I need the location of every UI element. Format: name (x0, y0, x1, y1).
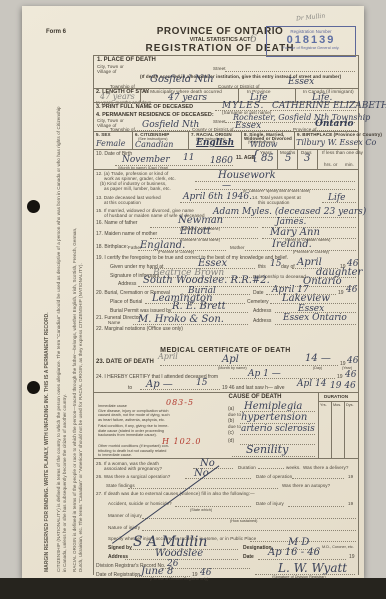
last-worked-label2: at this occupation (104, 200, 141, 205)
cause-d-label: (d) (228, 438, 234, 444)
township-value: Gosfield Nth (150, 74, 214, 85)
pencil-tally-mark: 6 (250, 32, 257, 45)
designation-note: M.D., Coroner, etc. (322, 545, 354, 549)
duration-title: DURATION (324, 394, 348, 399)
informant-address-label: Address (118, 281, 136, 287)
father-label: 16. Name of father (96, 220, 137, 226)
duration-dys: Dys. (346, 403, 354, 407)
autopsy-label: Was there an autopsy? (282, 483, 330, 488)
place-of-burial-label: Place of Burial (110, 299, 142, 305)
birthplace-label: 9. BIRTHPLACE (Province or Country) (297, 132, 382, 137)
funeral-director-name-label: Name (108, 320, 120, 325)
age-months-value: 5 (285, 153, 291, 164)
duration-mos: Mos. (333, 403, 341, 407)
year-19: 19 (338, 290, 344, 296)
occupation-caption: (If "Labourer" specify kind of work done… (243, 189, 310, 193)
sig-date-label: Date (243, 554, 254, 560)
marginal-notations-label: 22. Marginal notations (Office use only) (96, 326, 183, 332)
registration-number-box: Registration Number 018139 For use of Re… (266, 26, 356, 57)
how-sustained-caption: (How sustained) (230, 519, 257, 523)
duration-label: Duration (238, 465, 256, 470)
racial-origin-value: English (196, 138, 234, 148)
last-saw-date: Apl 14 (297, 379, 326, 389)
cause-c-label: (c) (228, 430, 234, 436)
due-to-2: due to (228, 424, 241, 429)
weeks-label: weeks. (286, 465, 301, 470)
last-saw-label: 19 46 and last saw h— alive (222, 385, 285, 391)
rule (93, 55, 94, 575)
age-min-label: min. (345, 162, 354, 167)
manner-label: Manner of injury (108, 513, 142, 518)
registration-number-note: For use of Registrar General only. (267, 46, 355, 50)
birthplace-parents-label: 18. Birthplace: (96, 244, 128, 250)
mother-label: 17. Maiden name of mother (96, 231, 157, 237)
attended-from-year: 46 (345, 370, 356, 380)
state-which-caption: (State which) (190, 508, 212, 512)
scan-bottom-band (0, 578, 386, 599)
age-days-value: 3 (304, 153, 310, 164)
age-less-label: If less than one day (322, 150, 363, 155)
day-caption: (Day) (313, 366, 322, 370)
month-caption: (Month by name) (218, 366, 247, 370)
operation-label: 26. Was there a surgical operation? (96, 474, 170, 479)
age-years-value: 85 (261, 153, 274, 164)
occupation-label4: as paper mill, lumber, bank, etc. (104, 186, 171, 191)
funeral-address-value: Essex Ontario (283, 313, 347, 323)
field-label: Village of (97, 69, 116, 74)
date-of-death-pencil: April (158, 352, 178, 361)
attended-to-day: 15 (196, 378, 207, 388)
year-19: 19 (348, 501, 353, 506)
cause-of-death-title: CAUSE OF DEATH (200, 394, 310, 400)
citizenship-value: Canadian (135, 140, 173, 149)
certify-label: 19. I certify the foregoing to be true a… (96, 255, 288, 261)
birthplace-mother-label: Mother (230, 245, 245, 250)
certify-day: 15 (270, 259, 281, 269)
burial-date-label: Date (253, 290, 264, 296)
burial-year: 46 (346, 285, 357, 295)
punch-hole-icon (27, 381, 40, 394)
pregnancy-label2: associated with pregnancy? (104, 466, 162, 471)
form-number: Form 6 (46, 29, 66, 35)
date-of-death-label: 23. DATE OF DEATH (96, 359, 154, 365)
year-19: 19 (337, 374, 343, 380)
field-label: 1. PLACE OF DEATH (97, 57, 156, 63)
to-label: to (128, 385, 132, 391)
marital-value: Widow (250, 140, 277, 149)
sex-value: Female (96, 139, 126, 148)
year-19: 19 (349, 554, 355, 560)
sex-label: 5. SEX (96, 132, 111, 137)
birthplace-father-caption: (Province or Country) (158, 250, 194, 254)
registrar-signature-caption: (Signature of Division Registrar) (272, 575, 326, 579)
birthplace-mother-caption: (Province or Country) (293, 250, 329, 254)
margin-citizenship-note: CITIZENSHIP (NATIONALITY) is defined in … (56, 32, 68, 572)
fatal-condition-note: Fatal condition, if any, giving rise to … (98, 424, 218, 438)
due-to-1: due to (228, 412, 241, 417)
funeral-address-label: Address (253, 318, 271, 324)
immediate-cause-note: Immediate cause Give disease, injury or … (98, 404, 218, 422)
permit-address-label: Address (253, 308, 271, 314)
length-pencil-value: 47 years (100, 92, 135, 101)
punch-hole-icon (27, 200, 40, 213)
margin-binding-note: MARGIN RESERVED FOR BINDING. WRITE PLAIN… (44, 32, 50, 572)
year-19: 19 (348, 474, 353, 479)
margin-racial-origin-note: RACIAL ORIGIN is defined in terms of the… (72, 32, 84, 572)
years-occupation-label2: this occupation (258, 200, 290, 205)
this-label: this (258, 264, 266, 270)
field-label: Street (213, 66, 226, 71)
mother-caption: (Surname or last name) (180, 238, 220, 242)
cause-code-1: 083-5 (166, 398, 194, 407)
cemetery-label: Cemetery (247, 299, 269, 305)
registration-number-value: 018139 (267, 34, 355, 46)
operation-date-label: Date of operation (256, 474, 292, 479)
birthplace-value: Tilbury W. Essex Co (296, 138, 376, 147)
registration-date-label: Date of Registration (96, 572, 140, 578)
rule (93, 55, 358, 56)
signed-by-label: Signed by (108, 545, 132, 551)
registrar-use-note: (For use of Division Registrar only) (150, 577, 208, 581)
date-of-death-year: 46 (347, 356, 358, 366)
sig-date-value: Ap 16 - 46 (268, 547, 320, 558)
residence-province-value: Ontario (315, 119, 354, 129)
age-hrs-label: hrs. or (324, 162, 337, 167)
field-label: Street (213, 119, 226, 124)
date-of-death-day: 14 — (305, 353, 331, 364)
field-label: 3. PRINT FULL NAME OF DECEASED (96, 104, 193, 110)
father-surname: Newman (178, 215, 223, 226)
delivery-label: Was there a delivery? (303, 465, 348, 470)
mother-surname: Elliott (180, 226, 211, 237)
county-value: Essex (288, 77, 314, 87)
dob-day: 11 (183, 153, 194, 163)
age-brace: { (251, 149, 259, 164)
other-conditions-note: Other morbid conditions (if important) c… (98, 444, 218, 458)
duration-yrs: Yrs. (320, 403, 327, 407)
last-saw-year: 19 46 (330, 381, 356, 391)
injury-date-label: Date of injury (256, 501, 284, 506)
